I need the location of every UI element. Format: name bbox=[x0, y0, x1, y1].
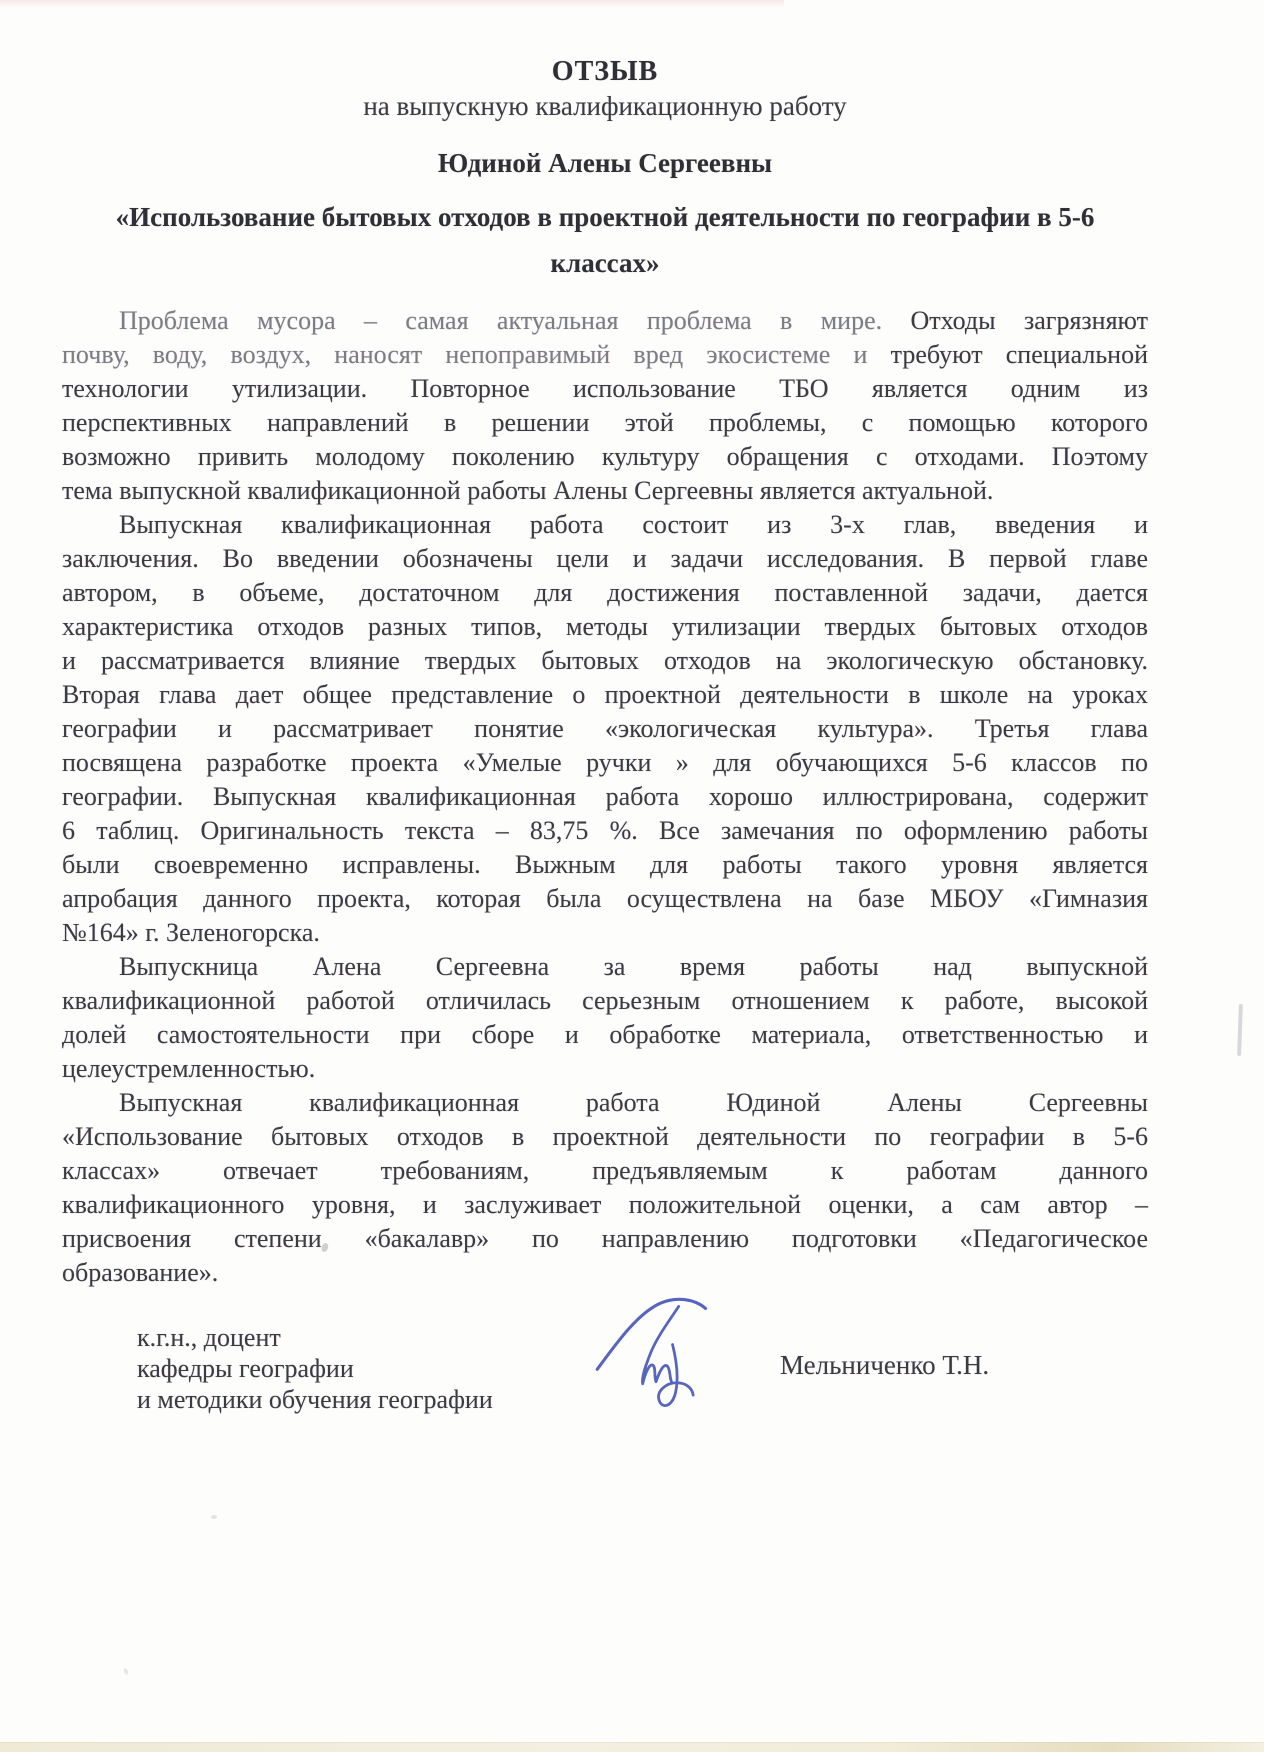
text-line: технологии утилизации. Повторное использ… bbox=[62, 372, 1148, 406]
author-name: Юдиной Алены Сергеевны bbox=[62, 148, 1148, 178]
text-line: автором, в объеме, достаточном для дости… bbox=[62, 576, 1148, 610]
text-line: географии. Выпускная квалификационная ра… bbox=[62, 780, 1148, 814]
text-line: долей самостоятельности при сборе и обра… bbox=[62, 1018, 1148, 1052]
text-line: апробация данного проекта, которая была … bbox=[62, 882, 1148, 916]
text-line: квалификационного уровня, и заслуживает … bbox=[62, 1188, 1148, 1222]
body-paragraph: Проблема мусора – самая актуальная пробл… bbox=[62, 304, 1148, 508]
body-paragraph: Выпускная квалификационная работа состои… bbox=[62, 508, 1148, 950]
text-line: №164» г. Зеленогорска. bbox=[62, 916, 1148, 950]
text-line: Выпускная квалификационная работа Юдиной… bbox=[62, 1086, 1148, 1120]
text-line: географии и рассматривает понятие «эколо… bbox=[62, 712, 1148, 746]
text-line: почву, воду, воздух, наносят непоправимы… bbox=[62, 338, 1148, 372]
scan-artifact-top-tint bbox=[0, 0, 784, 8]
text-line: заключения. Во введении обозначены цели … bbox=[62, 542, 1148, 576]
text-line: Вторая глава дает общее представление о … bbox=[62, 678, 1148, 712]
text-line: 6 таблиц. Оригинальность текста – 83,75 … bbox=[62, 814, 1148, 848]
text-segment: почву, воду, воздух, наносят непоправимы… bbox=[62, 340, 867, 369]
text-segment: требуют специальной bbox=[867, 340, 1148, 369]
text-line: характеристика отходов разных типов, мет… bbox=[62, 610, 1148, 644]
text-line: квалификационной работой отличилась серь… bbox=[62, 984, 1148, 1018]
text-line: образование». bbox=[62, 1256, 1148, 1290]
text-line: перспективных направлений в решении этой… bbox=[62, 406, 1148, 440]
scan-artifact-right-mark bbox=[1237, 1004, 1243, 1056]
scan-artifact-bottom-strip bbox=[0, 1742, 1264, 1752]
text-line: Выпускница Алена Сергеевна за время рабо… bbox=[62, 950, 1148, 984]
text-line: Проблема мусора – самая актуальная пробл… bbox=[62, 304, 1148, 338]
work-title-line: классах» bbox=[62, 240, 1148, 286]
scanned-review-page: ОТЗЫВ на выпускную квалификационную рабо… bbox=[0, 0, 1264, 1752]
text-line: «Использование бытовых отходов в проектн… bbox=[62, 1120, 1148, 1154]
work-title-line: «Использование бытовых отходов в проектн… bbox=[62, 194, 1148, 240]
text-line: и рассматривается влияние твердых бытовы… bbox=[62, 644, 1148, 678]
body-paragraph: Выпускная квалификационная работа Юдиной… bbox=[62, 1086, 1148, 1290]
document-subtitle: на выпускную квалификационную работу bbox=[62, 90, 1148, 122]
text-line: целеустремленностью. bbox=[62, 1052, 1148, 1086]
text-line: присвоения степени «бакалавр» по направл… bbox=[62, 1222, 1148, 1256]
work-title: «Использование бытовых отходов в проектн… bbox=[62, 194, 1148, 286]
body-paragraph: Выпускница Алена Сергеевна за время рабо… bbox=[62, 950, 1148, 1086]
text-line: тема выпускной квалификационной работы А… bbox=[62, 474, 1148, 508]
signer-name: Мельниченко Т.Н. bbox=[780, 1350, 989, 1380]
text-segment: Проблема мусора – самая актуальная пробл… bbox=[119, 306, 882, 335]
document-body: Проблема мусора – самая актуальная пробл… bbox=[62, 304, 1148, 1290]
document-content: ОТЗЫВ на выпускную квалификационную рабо… bbox=[62, 56, 1148, 1415]
handwritten-signature bbox=[590, 1292, 720, 1424]
scan-speck bbox=[123, 1668, 129, 1676]
text-line: возможно привить молодому поколению куль… bbox=[62, 440, 1148, 474]
text-line: посвящена разработке проекта «Умелые руч… bbox=[62, 746, 1148, 780]
text-segment: Отходы загрязняют bbox=[882, 306, 1148, 335]
scan-speck bbox=[211, 1515, 217, 1519]
text-line: Выпускная квалификационная работа состои… bbox=[62, 508, 1148, 542]
text-line: классах» отвечает требованиям, предъявля… bbox=[62, 1154, 1148, 1188]
document-title: ОТЗЫВ bbox=[62, 56, 1148, 88]
text-line: были своевременно исправлены. Выжным для… bbox=[62, 848, 1148, 882]
